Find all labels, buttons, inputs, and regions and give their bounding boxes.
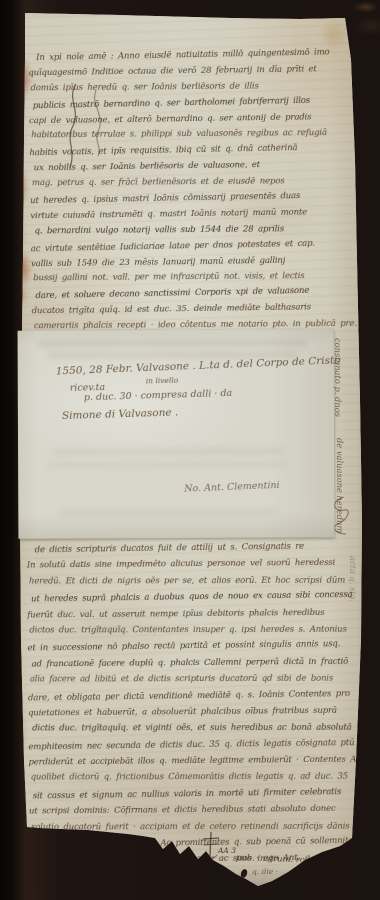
ink-blot	[240, 868, 249, 879]
showthrough-streak	[54, 448, 284, 456]
notary-scribble: AA 3	[218, 846, 236, 855]
manuscript-line: q. die ·	[252, 867, 278, 876]
margin-vertical-note: consignato p. dnos	[333, 338, 343, 434]
rust-stain	[10, 130, 24, 156]
text-block-upper: In xpi noīe amē : Anno eiusdē natiuitati…	[28, 46, 358, 337]
note-superscript: in livello	[146, 376, 179, 386]
note-amount-line: p. duc. 30 · compresa dalli · da	[84, 388, 233, 404]
attached-note-sheet: 1550, 28 Febr. Valvasone . L.ta d. del C…	[18, 329, 335, 538]
note-name-line: Simone di Valvasone .	[62, 406, 179, 422]
showthrough-streak	[38, 339, 308, 347]
text-block-lower: de dictis scripturis ducatos fuit de att…	[27, 539, 366, 872]
photo-backdrop: In xpi noīe amē : Anno eiusdē natiuitati…	[0, 0, 380, 900]
rust-stain	[14, 284, 28, 306]
showthrough-streak	[58, 508, 278, 517]
showthrough-streak	[46, 462, 286, 469]
notary-signature: No. Ant. Clementini	[184, 480, 280, 495]
note-date-line: 1550, 28 Febr. Valvasone . L.ta d. del C…	[56, 354, 341, 377]
rust-stain	[10, 222, 25, 252]
manuscript-line: ad francationē facere duplū q. phalcis C…	[32, 653, 364, 672]
rust-stain	[8, 700, 26, 760]
rust-stain	[12, 250, 32, 288]
rust-stain	[12, 168, 28, 208]
binding-edge	[0, 0, 10, 900]
